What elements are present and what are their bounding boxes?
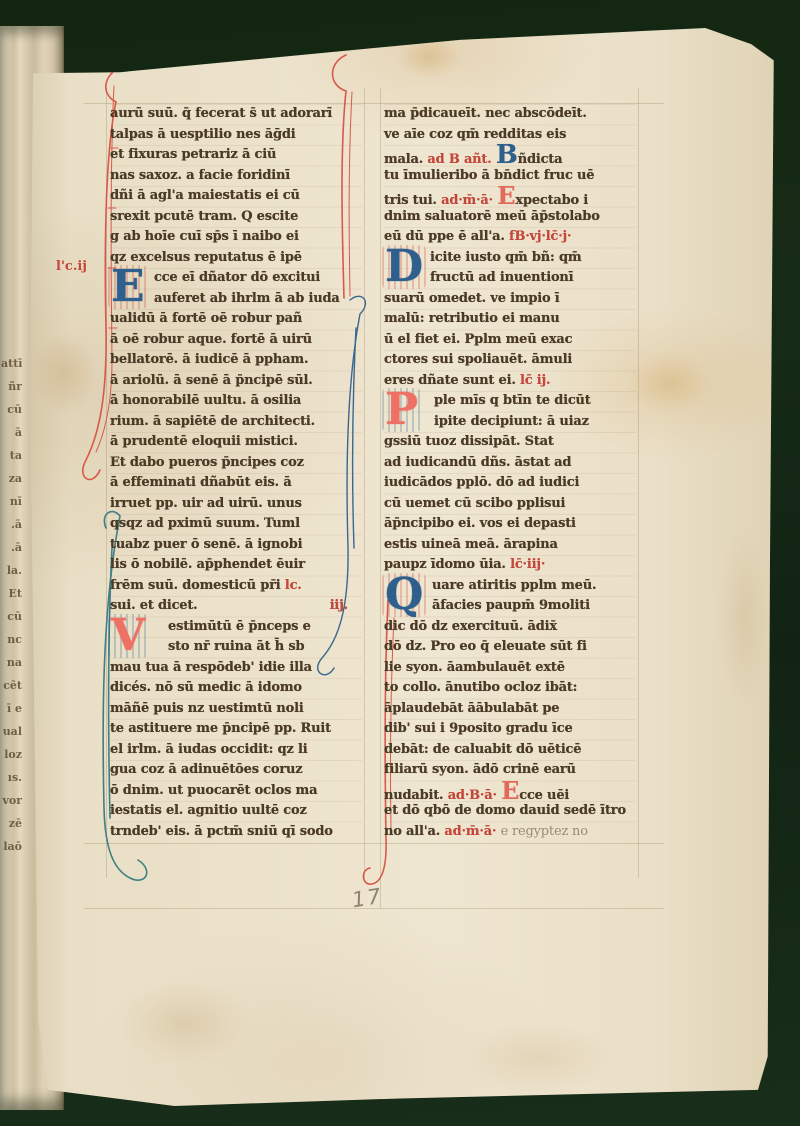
ruling-line [380,88,381,908]
facing-page-fragment: zē [1,812,22,835]
parchment-page: l'c.ij aurū suū. q̄ fecerat s̄ ut adorar… [24,28,776,1106]
body-text: āp̄ncipibo ei. vos ei depasti [384,516,576,531]
body-text: auferet ab ihrlm ā ab iuda [154,291,340,306]
manuscript-text-line: dic dō dz exercituū. ādix̄ [384,617,636,638]
body-text: lie syon. āambulauēt extē [384,660,565,675]
body-text: no all'a. [384,824,444,839]
manuscript-text-line: dñi ā agl'a maiestatis ei cū [110,186,362,207]
manuscript-text-line: qsqz ad pximū suum. Tuml [110,514,362,535]
facing-page-fragment: loz [1,743,22,766]
body-text: iestatis el. agnitio uultē coz [110,803,307,818]
manuscript-text-line: bellatorē. ā iudicē ā ppham. [110,350,362,371]
body-text: ā oē robur aque. fortē ā uirū [110,332,312,347]
illuminated-initial: V [108,614,148,658]
body-text: aurū suū. q̄ fecerat s̄ ut adorarī [110,106,332,121]
manuscript-text-line: Pple mīs q btīn te dicūt [384,391,636,412]
body-text: estis uineā meā. ārapina [384,537,558,552]
manuscript-text-line: tris tui. ad·m̄·ā· Expectabo i [384,186,636,207]
body-text: filiarū syon. ādō crinē earū [384,762,576,777]
illuminated-initial: Q [382,573,426,617]
body-text: ctores sui spoliauēt. āmuli [384,352,572,367]
body-text: tuabz puer ō senē. ā ignobi [110,537,302,552]
manuscript-text-line: el irlm. ā iudas occidit: qz li [110,740,362,761]
manuscript-text-line: Et dabo pueros p̄ncipes coz [110,453,362,474]
manuscript-text-line: dicés. nō sū medic ā idomo [110,678,362,699]
illuminated-initial: P [382,388,421,432]
body-text: ā effeminati dñabūt eis. ā [110,475,292,490]
body-text: ple mīs q btīn te dicūt [434,393,591,408]
manuscript-text-line: Quare atiritis pplm meū. [384,576,636,597]
body-text: qsqz ad pximū suum. Tuml [110,516,300,531]
body-text: dñi ā agl'a maiestatis ei cū [110,188,300,203]
manuscript-text-line: ualidū ā fortē oē robur pañ [110,309,362,330]
body-text: āfacies paupm̄ 9moliti [432,598,590,613]
facing-page-fragment: ī e [1,697,22,720]
facing-page-fragment: cū [1,398,22,421]
manuscript-text-line: ma p̄dicaueīt. nec abscōdeīt. [384,104,636,125]
body-text: te astituere me p̄ncipē pp. Ruit [110,721,331,736]
facing-page-fragment: la. [1,559,22,582]
manuscript-text-line: Vestimūtū ē p̄nceps e [110,617,362,638]
manuscript-text-line: no all'a. ad·m̄·ā· e regyptez no [384,822,636,843]
body-text: Et dabo pueros p̄ncipes coz [110,455,304,470]
body-text: g ab hoīe cuī sp̄s ī naibo ei [110,229,299,244]
manuscript-text-line: dnim saluatorē meū āp̄stolabo [384,207,636,228]
manuscript-text-line: g ab hoīe cuī sp̄s ī naibo ei [110,227,362,248]
text-column-left: aurū suū. q̄ fecerat s̄ ut adorarītalpas… [110,104,362,842]
body-text: bellatorē. ā iudicē ā ppham. [110,352,308,367]
body-text: ad iudicandū dñs. āstat ad [384,455,571,470]
illuminated-initial: D [382,245,426,289]
manuscript-text-line: gua coz ā adinuētōes coruz [110,760,362,781]
manuscript-text-line: aurū suū. q̄ fecerat s̄ ut adorarī [110,104,362,125]
manuscript-text-line: dib' sui i 9posito gradu īce [384,719,636,740]
rubric-text: fB·vj·lc̄·j· [509,229,571,244]
body-text: irruet pp. uir ad uirū. unus [110,496,302,511]
body-text: fructū ad inuentionī [430,270,573,285]
manuscript-text-line: debāt: de caluabit dō uēticē [384,740,636,761]
body-text: nas saxoz. a facie foridinī [110,168,290,183]
parchment-stain [714,518,774,718]
body-text: dō dz. Pro eo q̄ eleuate sūt fi [384,639,587,654]
ruling-line [638,88,639,878]
body-text: ā prudentē eloquii mistici. [110,434,298,449]
body-text: srexit pcutē tram. Q escite [110,209,298,224]
body-text: suarū omedet. ve impio ī [384,291,560,306]
manuscript-text-line: ipite decipiunt: ā uiaz [384,412,636,433]
manuscript-text-line: ā effeminati dñabūt eis. ā [110,473,362,494]
manuscript-text-line: estis uineā meā. ārapina [384,535,636,556]
manuscript-text-line: trndeb' eis. ā pctm̄ sniū qī sodo [110,822,362,843]
body-text: trndeb' eis. ā pctm̄ sniū qī sodo [110,824,333,839]
body-text: e regyptez no [501,824,588,839]
body-text: ipite decipiunt: ā uiaz [434,414,589,429]
rubric-text: lc. [285,578,302,593]
manuscript-text-line: iudicādos pplō. dō ad iudici [384,473,636,494]
body-text: cce eī dñator dō excitui [154,270,320,285]
body-text: rium. ā sapiētē de architecti. [110,414,315,429]
body-text: estimūtū ē p̄nceps e [168,619,311,634]
body-text: dic dō dz exercituū. ādix̄ [384,619,557,634]
facing-page-fragment: vor [1,789,22,812]
parchment-stain [454,1018,624,1098]
facing-page-fragment: ā [1,421,22,444]
body-text: gssiū tuoz dissipāt. Stat [384,434,554,449]
body-text: māñē puis nz uestimtū noli [110,701,304,716]
manuscript-text-line: Ecce eī dñator dō excitui [110,268,362,289]
manuscript-text-line: irruet pp. uir ad uirū. unus [110,494,362,515]
body-text: iudicādos pplō. dō ad iudici [384,475,579,490]
body-text: tu īmulieribo ā bn̄dict fruc uē [384,168,594,183]
manuscript-text-line: srexit pcutē tram. Q escite [110,207,362,228]
body-text: ā honorabilē uultu. ā osilia [110,393,301,408]
body-text: ā ariolū. ā senē ā p̄ncipē sūl. [110,373,313,388]
ruling-line [106,88,107,878]
facing-page-fragment: cū [1,605,22,628]
manuscript-text-line: suarū omedet. ve impio ī [384,289,636,310]
facing-page-fragment: ñr [1,375,22,398]
parchment-stain [394,34,464,80]
body-text: sto nr̄ ruina āt h̄ sb [168,639,304,654]
manuscript-text-line: āplaudebāt āābulabāt pe [384,699,636,720]
manuscript-text-line: tuabz puer ō senē. ā ignobi [110,535,362,556]
parchment-stain [30,328,100,418]
facing-page-fragment: cēt [1,674,22,697]
body-text: frēm suū. domesticū pr̄i [110,578,285,593]
manuscript-text-line: qz excelsus reputatus ē ipē [110,248,362,269]
body-text: debāt: de caluabit dō uēticē [384,742,581,757]
body-text: ualidū ā fortē oē robur pañ [110,311,302,326]
body-text: dnim saluatorē meū āp̄stolabo [384,209,600,224]
manuscript-text-line: ad iudicandū dñs. āstat ad [384,453,636,474]
facing-page-fragment: attī [1,352,22,375]
facing-page-fragment: Et [1,582,22,605]
manuscript-text-line: frēm suū. domesticū pr̄i lc. [110,576,362,597]
manuscript-text-line: lis ō nobilē. ap̄phendet ēuir [110,555,362,576]
manuscript-text-line: lie syon. āambulauēt extē [384,658,636,679]
manuscript-text-line: Dicite iusto qm̄ bñ: qm̄ [384,248,636,269]
manuscript-text-line: to collo. ānutibo ocloz ibāt: [384,678,636,699]
manuscript-text-line: et dō qbō de domo dauid sedē ītro [384,801,636,822]
manuscript-text-line: ō dnim. ut puocarēt oclos ma [110,781,362,802]
body-text: icite iusto qm̄ bñ: qm̄ [430,250,581,265]
body-text: dicés. nō sū medic ā idomo [110,680,302,695]
manuscript-text-line: dō dz. Pro eo q̄ eleuate sūt fi [384,637,636,658]
ruling-line [84,843,664,844]
manuscript-text-line: mala. ad B añt. Bñdicta [384,145,636,166]
manuscript-text-line: ā prudentē eloquii mistici. [110,432,362,453]
rubric-text: lc̄·iij· [510,557,545,572]
body-text: dib' sui i 9posito gradu īce [384,721,573,736]
facing-page-fragment: ual [1,720,22,743]
body-text: lis ō nobilē. ap̄phendet ēuir [110,557,305,572]
manuscript-text-line: talpas ā uesptilio nes āḡdi [110,125,362,146]
rubric-text: iij. [330,596,348,617]
manuscript-text-line: rium. ā sapiētē de architecti. [110,412,362,433]
body-text: et dō qbō de domo dauid sedē ītro [384,803,626,818]
body-text: to collo. ānutibo ocloz ibāt: [384,680,577,695]
parchment-stain [114,978,254,1068]
facing-page-fragment: nī [1,490,22,513]
manuscript-text-line: ā ariolū. ā senē ā p̄ncipē sūl. [110,371,362,392]
body-text: mau tua ā respōdeb' idie illa [110,660,312,675]
facing-page-fragment: na [1,651,22,674]
facing-page-text-fragments: attīñrcūātazanī.ā.āla.Etcūncnacētī euall… [1,352,22,872]
manuscript-text-line: sui. et dicet.iij. [110,596,362,617]
manuscript-photo: { "manuscript": { "folio_number": "17", … [0,0,800,1126]
body-text: uare atiritis pplm meū. [432,578,596,593]
folio-number: 17 [350,884,384,913]
body-text: el irlm. ā iudas occidit: qz li [110,742,307,757]
manuscript-text-line: te astituere me p̄ncipē pp. Ruit [110,719,362,740]
manuscript-text-line: cū uemet cū scibo pplisui [384,494,636,515]
manuscript-text-line: ā honorabilē uultu. ā osilia [110,391,362,412]
body-text: ma p̄dicaueīt. nec abscōdeīt. [384,106,587,121]
body-text: talpas ā uesptilio nes āḡdi [110,127,296,142]
facing-page-fragment: nc [1,628,22,651]
manuscript-text-line: eres dñate sunt ei. lc̄ ij. [384,371,636,392]
rubric-text: ad·m̄·ā· [444,824,500,839]
manuscript-text-line: malū: retributio ei manu [384,309,636,330]
margin-lesson-note: l'c.ij [56,259,87,274]
manuscript-text-line: māñē puis nz uestimtū noli [110,699,362,720]
facing-page-fragment: laō [1,835,22,858]
facing-page-fragment: .ā [1,536,22,559]
manuscript-text-line: ctores sui spoliauēt. āmuli [384,350,636,371]
manuscript-text-line: gssiū tuoz dissipāt. Stat [384,432,636,453]
illuminated-initial: E [108,265,147,309]
text-column-right: ma p̄dicaueīt. nec abscōdeīt.ve aīe coz … [384,104,636,842]
manuscript-text-line: āp̄ncipibo ei. vos ei depasti [384,514,636,535]
body-text: āplaudebāt āābulabāt pe [384,701,559,716]
body-text: et fixuras petrariz ā ciū [110,147,276,162]
facing-page-fragment: ta [1,444,22,467]
facing-page-fragment: ıs. [1,766,22,789]
body-text: cū uemet cū scibo pplisui [384,496,565,511]
ruling-line [364,88,365,878]
rubric-text: lc̄ ij. [520,373,550,388]
body-text: ū el fiet ei. Pplm meū exac [384,332,572,347]
manuscript-text-line: nudabit. ad·B·ā· Ecce uēi [384,781,636,802]
manuscript-text-line: ū el fiet ei. Pplm meū exac [384,330,636,351]
body-text: malū: retributio ei manu [384,311,560,326]
body-text: gua coz ā adinuētōes coruz [110,762,302,777]
facing-page-fragment: .ā [1,513,22,536]
body-text: ō dnim. ut puocarēt oclos ma [110,783,317,798]
body-text: ve aīe coz qm̄ redditas eis [384,127,566,142]
manuscript-text-line: auferet ab ihrlm ā ab iuda [110,289,362,310]
manuscript-text-line: mau tua ā respōdeb' idie illa [110,658,362,679]
facing-page-fragment: za [1,467,22,490]
manuscript-text-line: ā oē robur aque. fortē ā uirū [110,330,362,351]
manuscript-text-line: nas saxoz. a facie foridinī [110,166,362,187]
manuscript-text-line: et fixuras petrariz ā ciū [110,145,362,166]
manuscript-text-line: iestatis el. agnitio uultē coz [110,801,362,822]
